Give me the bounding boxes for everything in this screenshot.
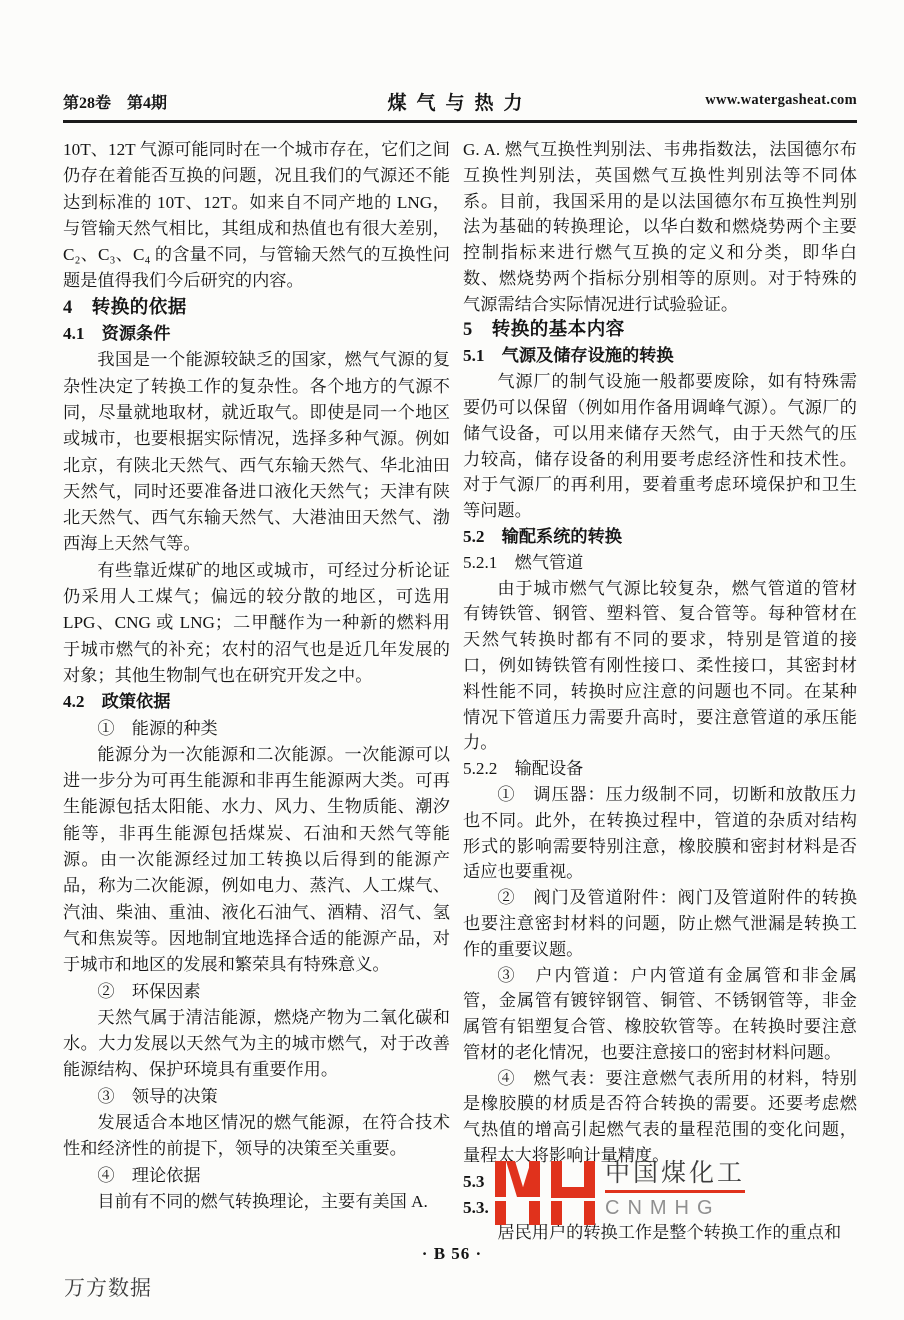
paragraph-pipes: 由于城市燃气气源比较复杂，燃气管道的管材有铸铁管、钢管、塑料管、复合管等。每种管… — [463, 576, 857, 757]
page-header: 第28卷 第4期 煤气与热力 www.watergasheat.com — [63, 88, 857, 114]
list-item-valves: ② 阀门及管道附件：阀门及管道附件的转换也要注意密封材料的问题，防止燃气泄漏是转… — [463, 885, 857, 962]
section-heading-5-1: 5.1 气源及储存设施的转换 — [463, 343, 857, 369]
paragraph-leadership: 发展适合本地区情况的燃气能源，在符合技术性和经济性的前提下，领导的决策至关重要。 — [63, 1110, 450, 1163]
journal-scan-page: 第28卷 第4期 煤气与热力 www.watergasheat.com 10T、… — [0, 0, 904, 1320]
section-heading-5-2-1: 5.2.1 燃气管道 — [463, 550, 857, 576]
list-item-regulator: ① 调压器：压力级制不同，切断和放散压力也不同。此外，在转换过程中，管道的杂质对… — [463, 782, 857, 885]
section-heading-4: 4 转换的依据 — [63, 295, 450, 321]
section-heading-4-2: 4.2 政策依据 — [63, 689, 450, 715]
watermark-text-block: 中国煤化工 CNMHG — [605, 1161, 745, 1222]
paragraph-interchange-continuation: G. A. 燃气互换性判别法、韦弗指数法，法国德尔布互换性判别法，英国燃气互换性… — [463, 137, 857, 318]
paragraph-theory: 目前有不同的燃气转换理论，主要有美国 A. — [63, 1189, 450, 1215]
header-rule — [63, 120, 857, 123]
list-item-2-heading: ② 环保因素 — [63, 979, 450, 1005]
list-item-indoor-pipes: ③ 户内管道：户内管道有金属管和非金属管，金属管有镀锌钢管、铜管、不锈钢管等，非… — [463, 963, 857, 1066]
section-heading-4-1: 4.1 资源条件 — [63, 321, 450, 347]
section-heading-5: 5 转换的基本内容 — [463, 318, 857, 344]
paragraph-coal-areas: 有些靠近煤矿的地区或城市，可经过分析论证仍采用人工煤气；偏远的较分散的地区，可选… — [63, 558, 450, 689]
right-column: G. A. 燃气互换性判别法、韦弗指数法，法国德尔布互换性判别法，英国燃气互换性… — [463, 137, 857, 1246]
watermark-chinese-text: 中国煤化工 — [605, 1161, 745, 1193]
paragraph-gas-source-plant: 气源厂的制气设施一般都要废除，如有特殊需要仍可以保留（例如用作备用调峰气源）。气… — [463, 369, 857, 524]
left-column: 10T、12T 气源可能同时在一个城市存在，它们之间仍存在着能否互换的问题，况且… — [63, 137, 450, 1215]
list-item-gas-meter: ④ 燃气表：要注意燃气表所用的材料，特别是橡胶膜的材质是否符合转换的需要。还要考… — [463, 1066, 857, 1169]
page-number: · B 56 · — [0, 1244, 904, 1264]
wanfang-data-mark: 万方数据 — [64, 1272, 152, 1302]
watermark-zone: 5.3 5.3. — [463, 1169, 857, 1221]
paragraph-environment: 天然气属于清洁能源，燃烧产物为二氧化碳和水。大力发展以天然气为主的城市燃气，对于… — [63, 1005, 450, 1084]
list-item-1-heading: ① 能源的种类 — [63, 716, 450, 742]
list-item-3-heading: ③ 领导的决策 — [63, 1084, 450, 1110]
cnmhg-logo-icon — [495, 1161, 595, 1225]
section-heading-5-2-2: 5.2.2 输配设备 — [463, 756, 857, 782]
list-item-4-heading: ④ 理论依据 — [63, 1163, 450, 1189]
paragraph-intro-continuation: 10T、12T 气源可能同时在一个城市存在，它们之间仍存在着能否互换的问题，况且… — [63, 137, 450, 295]
paragraph-energy-types: 能源分为一次能源和二次能源。一次能源可以进一步分为可再生能源和非再生能源两大类。… — [63, 742, 450, 979]
cnmhg-watermark: 中国煤化工 CNMHG — [495, 1161, 745, 1225]
paragraph-resource: 我国是一个能源较缺乏的国家，燃气气源的复杂性决定了转换工作的复杂性。各个地方的气… — [63, 347, 450, 557]
journal-website: www.watergasheat.com — [705, 92, 857, 109]
watermark-latin-text: CNMHG — [605, 1196, 745, 1222]
section-heading-5-2: 5.2 输配系统的转换 — [463, 524, 857, 550]
